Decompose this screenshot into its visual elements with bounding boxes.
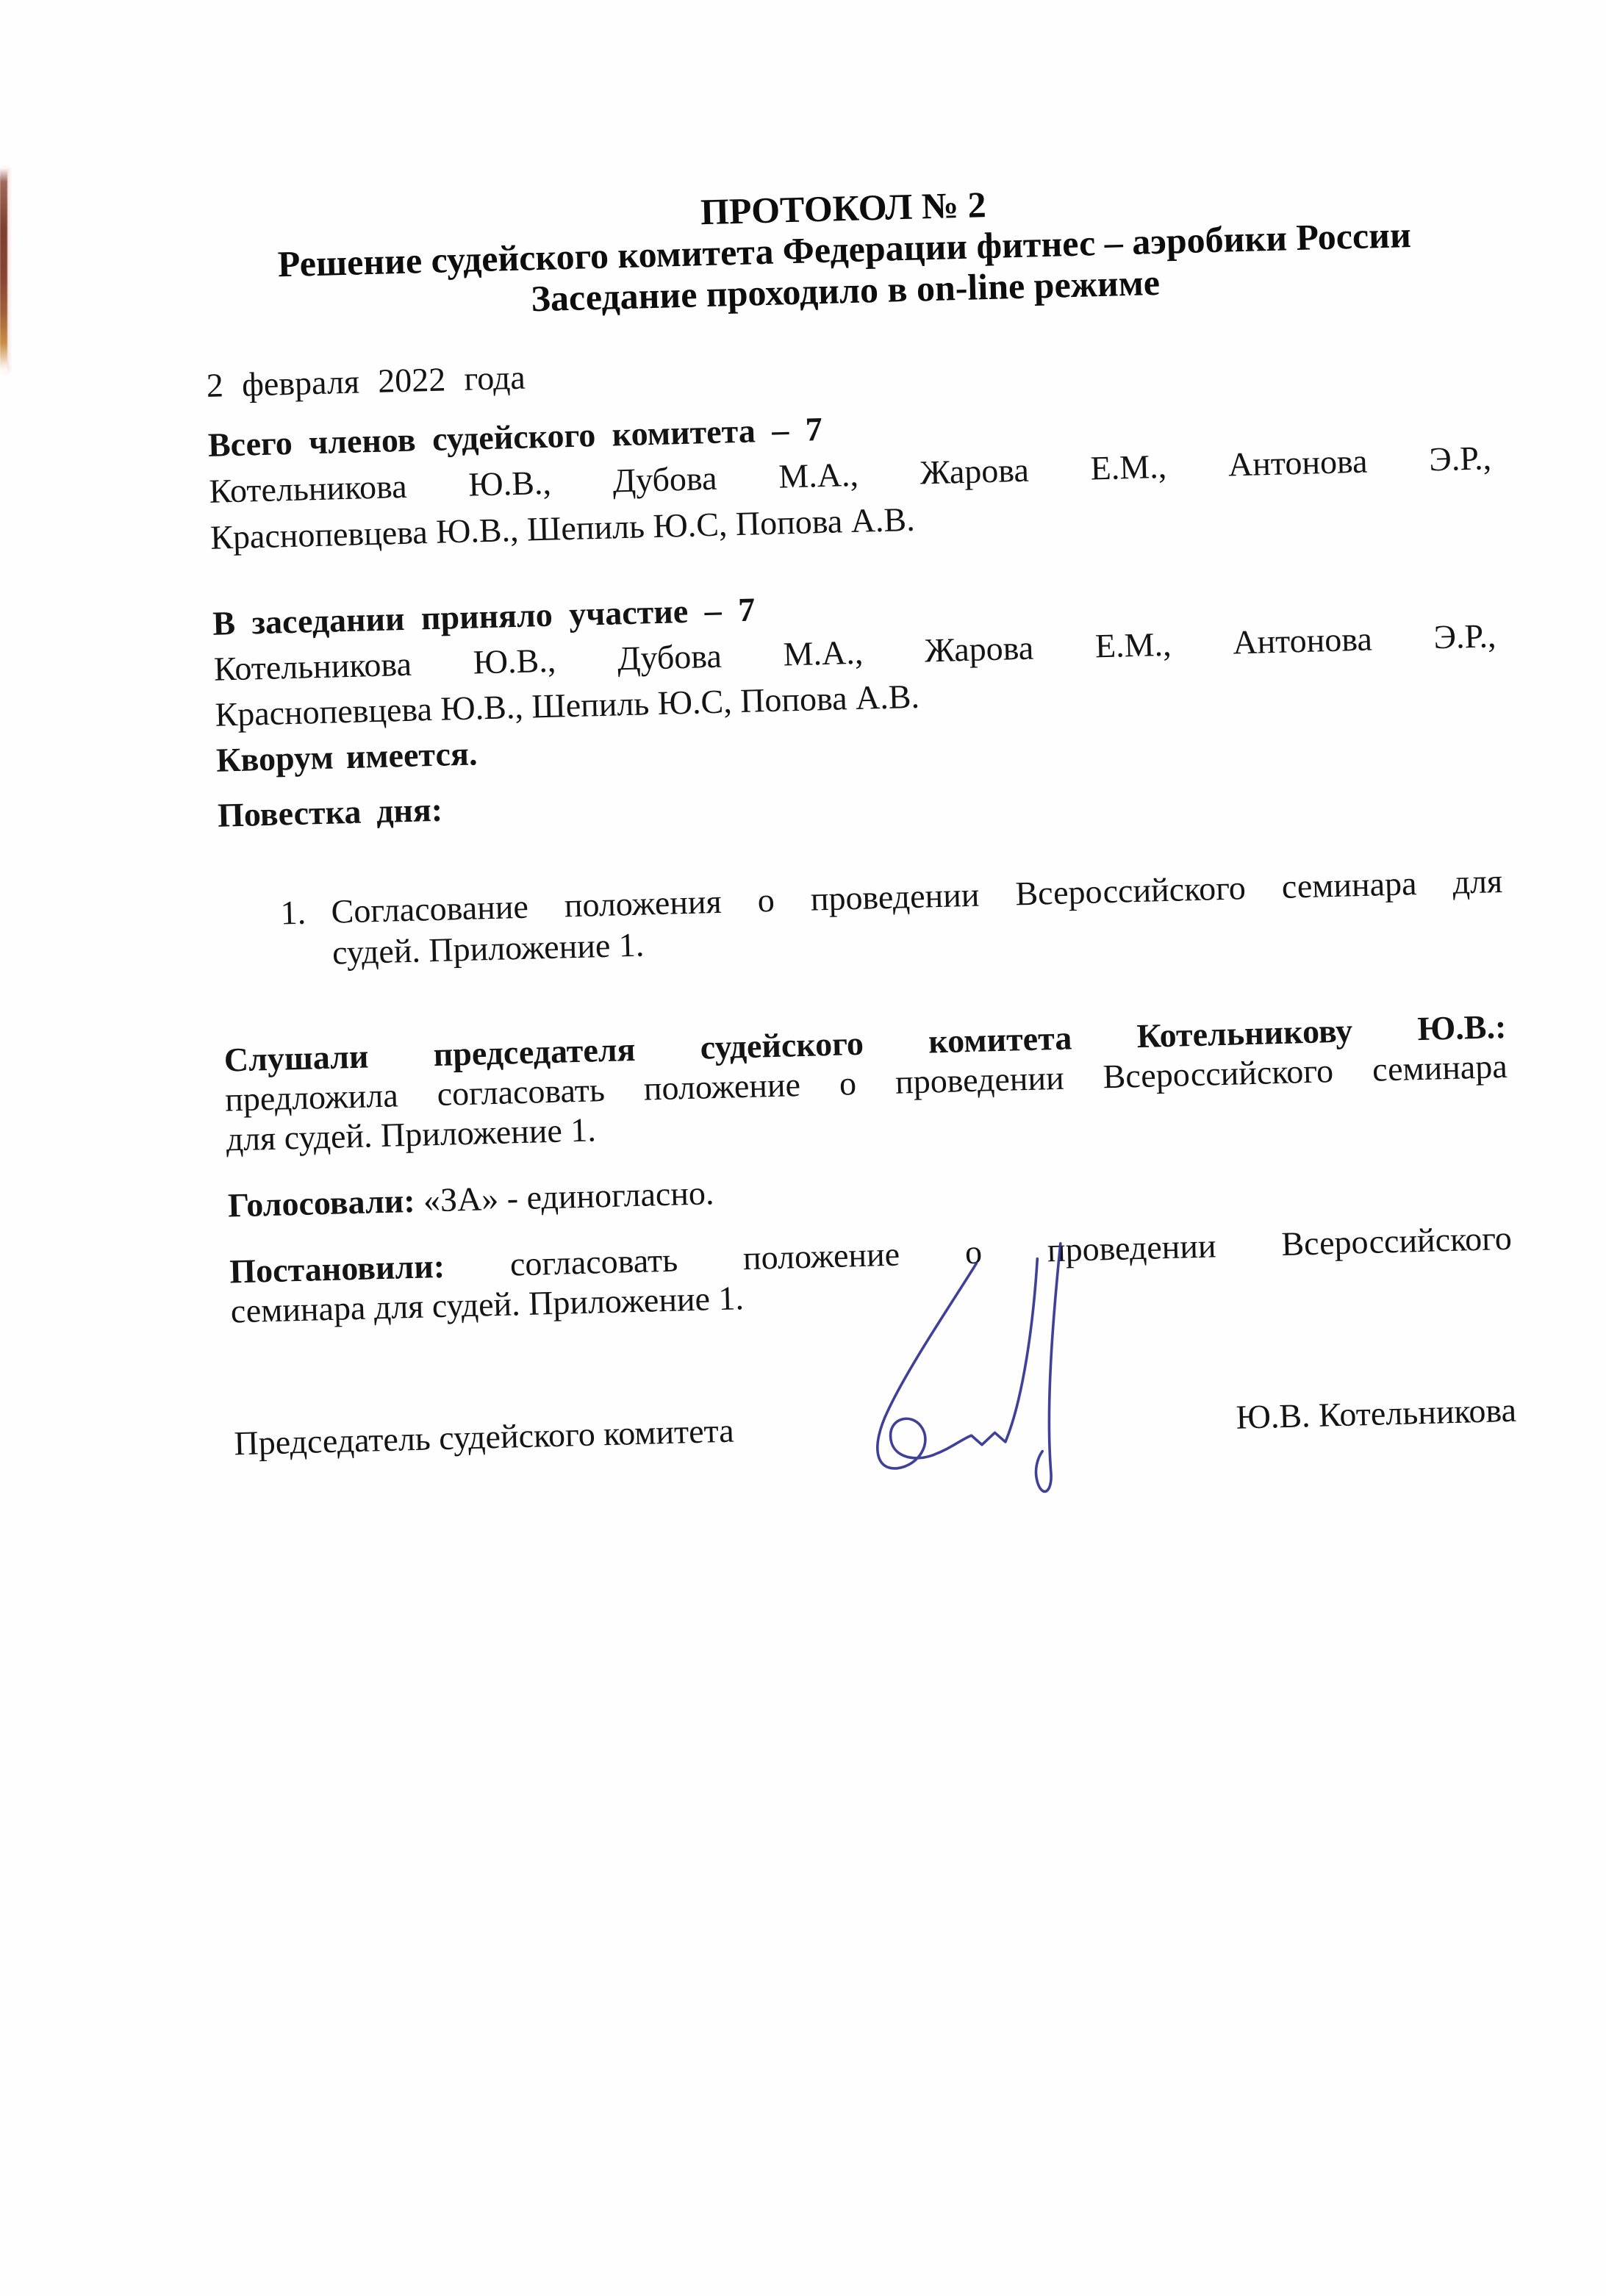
- member-name: Е.М.,: [1090, 443, 1167, 492]
- word: судейского: [700, 1024, 864, 1068]
- word: о: [839, 1063, 856, 1104]
- word: Котельникову: [1136, 1011, 1353, 1056]
- total-members-section: Всего членов судейского комитета – 7 Кот…: [207, 388, 1493, 561]
- voted-label: Голосовали:: [227, 1182, 415, 1224]
- member-name: Ю.В.,: [468, 459, 552, 508]
- member-name: Жарова: [924, 625, 1034, 674]
- signature-role-label: Председатель судейского комитета: [234, 1408, 735, 1467]
- heard-section: Слушали председателя судейского комитета…: [223, 1007, 1509, 1160]
- word: председателя: [433, 1030, 636, 1075]
- voted-result: «ЗА» - единогласно.: [423, 1174, 714, 1219]
- agenda-item-number: 1.: [280, 892, 331, 934]
- word: Согласование: [331, 886, 529, 933]
- title-block: ПРОТОКОЛ № 2 Решение судейского комитета…: [201, 171, 1487, 328]
- word: Ю.В.:: [1417, 1007, 1507, 1049]
- word: согласовать: [509, 1241, 678, 1285]
- word: Всероссийского: [1015, 867, 1247, 914]
- member-name: Жарова: [919, 447, 1030, 496]
- scanner-edge-artifact: [0, 168, 7, 372]
- word: предложила: [225, 1075, 399, 1119]
- word: согласовать: [437, 1070, 606, 1114]
- signature-name: Ю.В. Котельникова: [1236, 1388, 1517, 1441]
- paper-background: ПРОТОКОЛ № 2 Решение судейского комитета…: [0, 0, 1606, 2296]
- resolved-label: Постановили:: [229, 1246, 445, 1292]
- voted-section: Голосовали: «ЗА» - единогласно.: [227, 1149, 1510, 1229]
- word: положение: [643, 1065, 800, 1109]
- member-name: Э.Р.,: [1433, 613, 1496, 660]
- word: семинара: [1372, 1047, 1508, 1090]
- member-name: Е.М.,: [1094, 622, 1172, 670]
- word: положения: [564, 881, 722, 927]
- document-content: ПРОТОКОЛ № 2 Решение судейского комитета…: [201, 160, 1520, 1590]
- attended-members-section: В заседании приняло участие – 7 Котельни…: [212, 567, 1499, 783]
- word: Всероссийского: [1103, 1051, 1334, 1097]
- word: о: [757, 880, 775, 922]
- word: Всероссийского: [1281, 1219, 1513, 1264]
- member-name: М.А.,: [783, 630, 864, 678]
- member-name: Дубова: [612, 455, 717, 504]
- member-name: Дубова: [617, 634, 722, 682]
- member-name: М.А.,: [778, 451, 858, 500]
- word: комитета: [928, 1018, 1072, 1061]
- signature-main-stroke: [872, 1259, 1042, 1469]
- member-name: Котельникова: [209, 463, 408, 514]
- agenda-item-1: 1. Согласование положения о проведении В…: [220, 861, 1504, 977]
- member-name: Антонова: [1227, 438, 1368, 488]
- word: семинара: [1281, 863, 1417, 908]
- word: проведении: [895, 1058, 1064, 1102]
- word: Слушали: [223, 1036, 369, 1080]
- member-name: Э.Р.,: [1428, 434, 1491, 482]
- member-name: Котельникова: [213, 642, 412, 692]
- member-name: Ю.В.,: [473, 638, 556, 686]
- handwritten-signature: [784, 1238, 1106, 1511]
- word: проведении: [810, 875, 980, 920]
- member-name: Антонова: [1233, 617, 1373, 666]
- word: для: [1452, 861, 1503, 903]
- scanned-protocol-page: { "document": { "title_line1": "ПРОТОКОЛ…: [0, 0, 1606, 2296]
